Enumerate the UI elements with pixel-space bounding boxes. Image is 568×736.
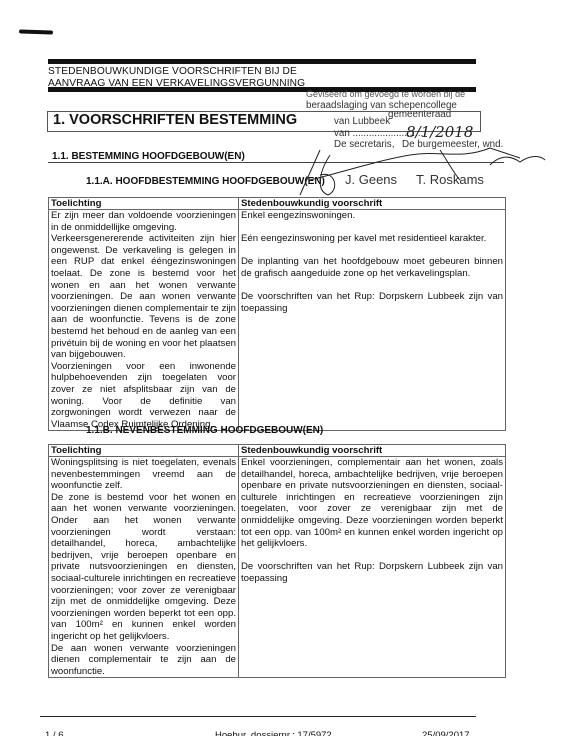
footer-rule	[40, 716, 476, 717]
toelichting-cell: Woningsplitsing is niet toegelaten, even…	[49, 457, 239, 678]
table-hoofdbestemming: Toelichting Stedenbouwkundig voorschrift…	[48, 197, 506, 431]
toelichting-cell: Er zijn meer dan voldoende voorzieningen…	[49, 210, 239, 431]
stamp-line1: Geviseerd om gevoegd te worden bij de	[306, 89, 465, 99]
voorschrift-paragraph: Enkel eengezinswoningen.	[241, 210, 503, 222]
table-nevenbestemming: Toelichting Stedenbouwkundig voorschrift…	[48, 444, 506, 678]
voorschrift-paragraph: Enkel voorzieningen, complementair aan h…	[241, 457, 503, 550]
toelichting-paragraph: De aan wonen verwante voorzieningen dien…	[51, 643, 236, 678]
voorschrift-cell: Enkel voorzieningen, complementair aan h…	[239, 457, 506, 678]
col-header-toelichting: Toelichting	[49, 198, 239, 210]
toelichting-paragraph: De zone is bestemd voor het wonen en aan…	[51, 492, 236, 643]
voorschrift-cell: Enkel eengezinswoningen. Eén eengezinswo…	[239, 210, 506, 431]
footer-page: 1 / 6	[45, 730, 64, 736]
footer-date: 25/09/2017	[422, 730, 470, 736]
toelichting-paragraph: Woningsplitsing is niet toegelaten, even…	[51, 457, 236, 492]
col-header-toelichting: Toelichting	[49, 445, 239, 457]
col-header-voorschrift: Stedenbouwkundig voorschrift	[239, 445, 506, 457]
voorschrift-paragraph: Eén eengezinswoning per kavel met reside…	[241, 233, 503, 245]
section-title: 1. VOORSCHRIFTEN BESTEMMING	[53, 112, 297, 128]
header-rule-top	[48, 59, 476, 64]
stamp-line4: van Lubbeek	[334, 116, 390, 127]
toelichting-paragraph: Er zijn meer dan voldoende voorzieningen…	[51, 210, 236, 233]
toelichting-paragraph: Voorzieningen voor een inwonende hulpbeh…	[51, 361, 236, 431]
pen-mark	[19, 29, 53, 34]
subsection-title: 1.1. BESTEMMING HOOFDGEBOUW(EN)	[52, 151, 245, 162]
voorschrift-paragraph: De inplanting van het hoofdgebouw moet g…	[241, 256, 503, 279]
col-header-voorschrift: Stedenbouwkundig voorschrift	[239, 198, 506, 210]
voorschrift-paragraph: De voorschriften van het Rup: Dorpskern …	[241, 291, 503, 314]
voorschrift-paragraph: De voorschriften van het Rup: Dorpskern …	[241, 561, 503, 584]
stamp-secretary-label: De secretaris,	[334, 139, 394, 150]
document-header-line1: STEDENBOUWKUNDIGE VOORSCHRIFTEN BIJ DE	[48, 66, 305, 78]
footer-dossier: Hoebur. dossiernr.: 17/5972	[215, 730, 332, 736]
toelichting-paragraph: Verkeersgenererende activiteiten zijn hi…	[51, 233, 236, 361]
subsection-b-title: 1.1.B. NEVENBESTEMMING HOOFDGEBOUW(EN)	[86, 425, 323, 436]
